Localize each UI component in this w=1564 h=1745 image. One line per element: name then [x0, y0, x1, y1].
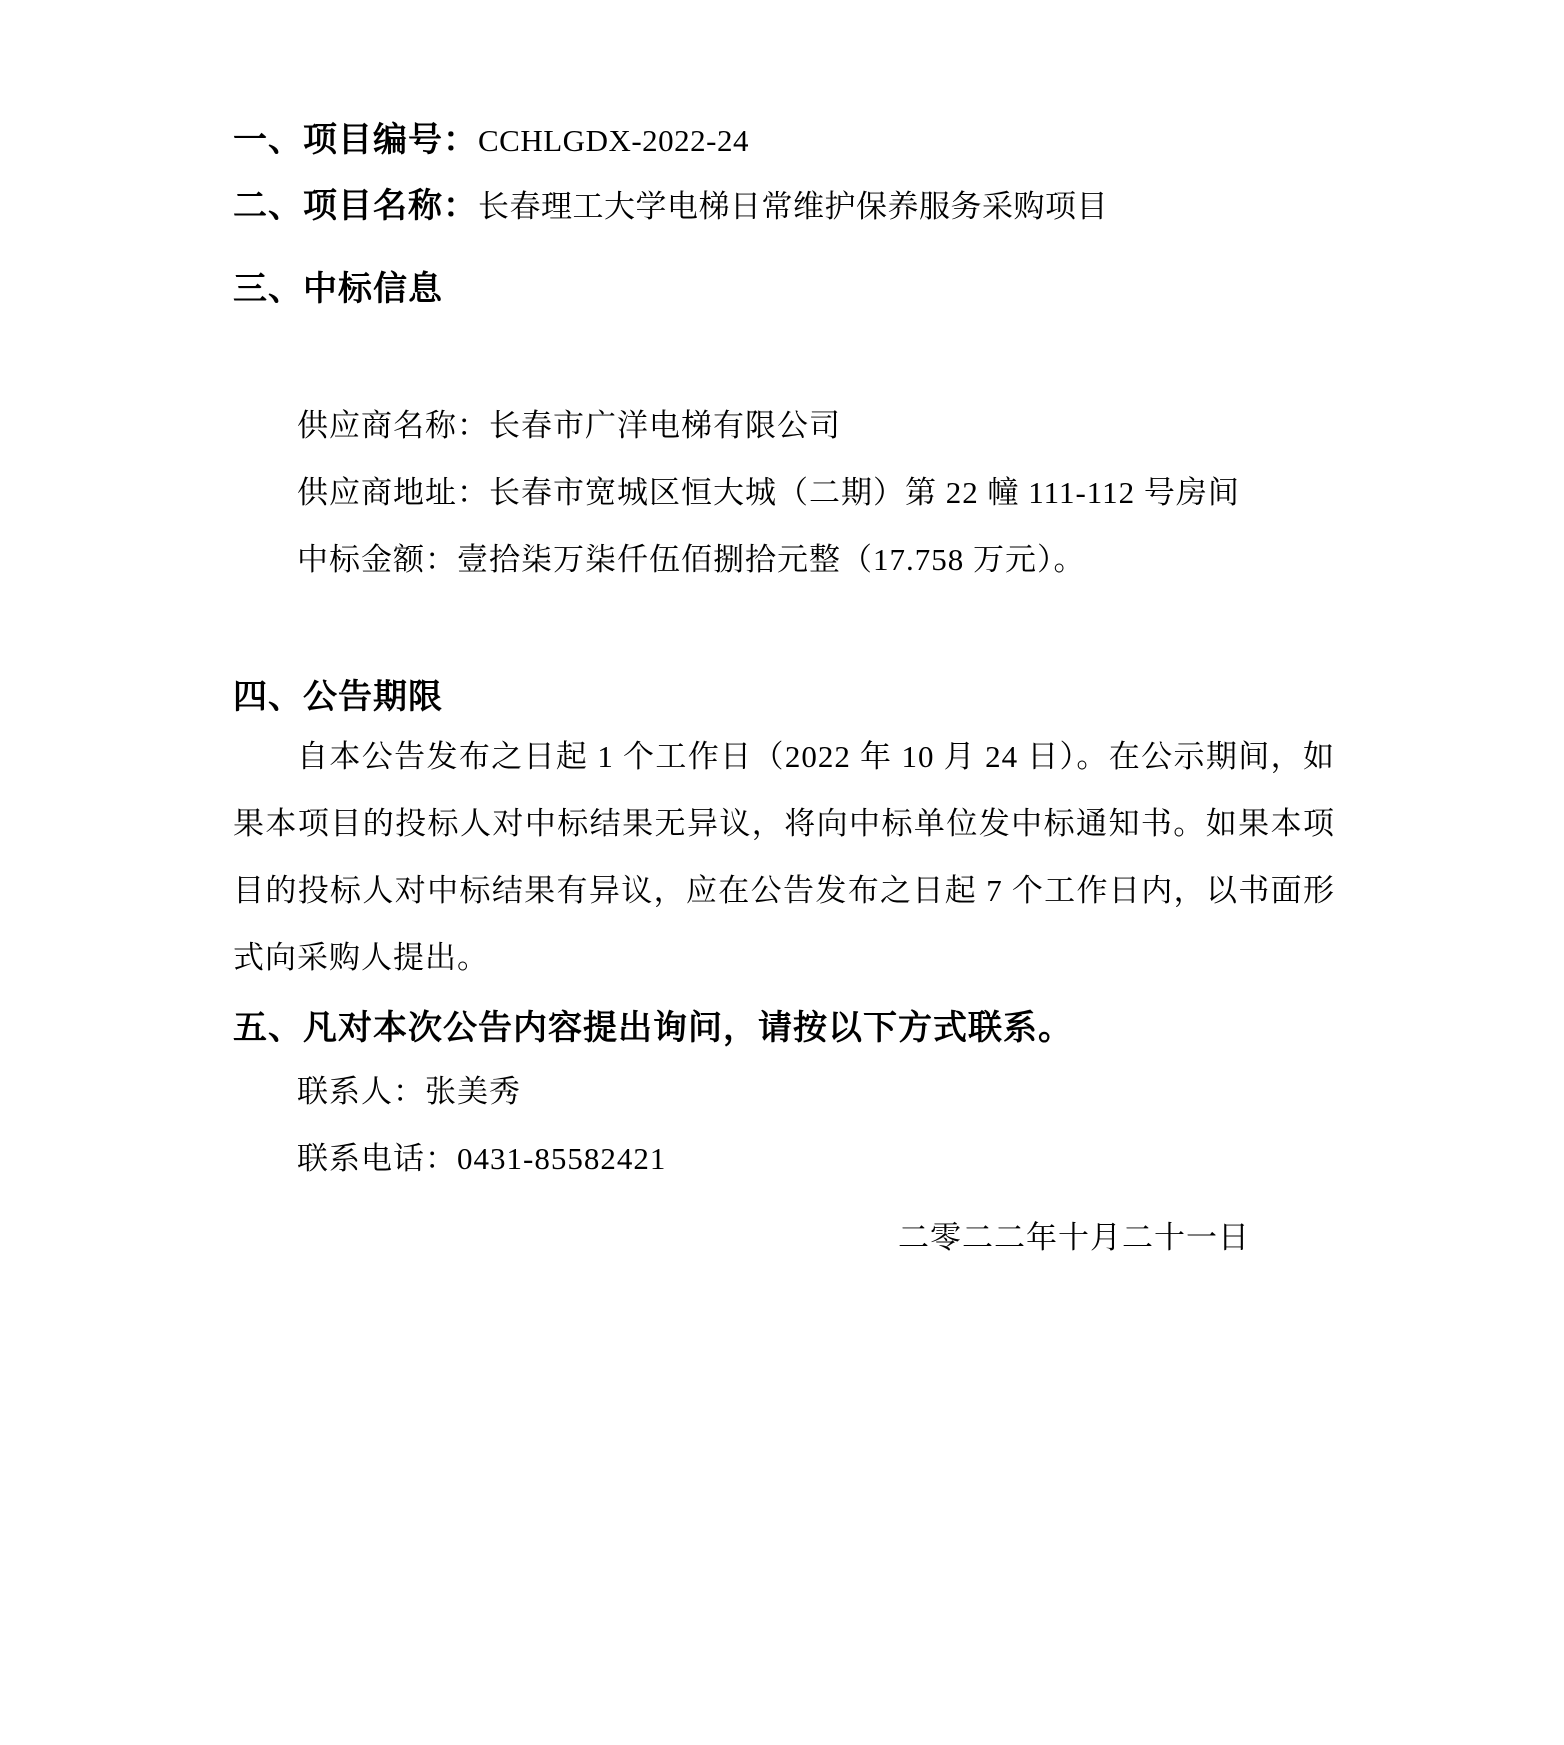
award-amount-line: 中标金额：壹拾柒万柒仟伍佰捌拾元整（17.758 万元）。: [297, 534, 1086, 579]
announcement-period-heading: 四、公告期限: [233, 669, 443, 718]
award-info-heading: 三、中标信息: [233, 261, 443, 310]
supplier-address-line: 供应商地址：长春市宽城区恒大城（二期）第 22 幢 111-112 号房间: [297, 467, 1240, 512]
supplier-name-line: 供应商名称：长春市广洋电梯有限公司: [297, 400, 841, 445]
sign-date: 二零二二年十月二十一日: [898, 1212, 1250, 1257]
sign-date-row: 二零二二年十月二十一日: [233, 1212, 1335, 1257]
project-number-value: CCHLGDX-2022-24: [478, 123, 749, 158]
announcement-period-paragraph: 自本公告发布之日起 1 个工作日（2022 年 10 月 24 日）。在公示期间…: [233, 723, 1335, 991]
contact-phone-line: 联系电话：0431-85582421: [297, 1133, 666, 1178]
project-name-value: 长春理工大学电梯日常维护保养服务采购项目: [478, 189, 1108, 224]
document-page: 一、项目编号：CCHLGDX-2022-24 二、项目名称：长春理工大学电梯日常…: [0, 0, 1564, 1745]
contact-person-line: 联系人：张美秀: [297, 1066, 521, 1111]
project-name-label: 二、项目名称：: [233, 187, 478, 225]
project-number-label: 一、项目编号：: [233, 121, 478, 159]
project-name-row: 二、项目名称：长春理工大学电梯日常维护保养服务采购项目: [233, 178, 1108, 227]
contact-heading: 五、凡对本次公告内容提出询问，请按以下方式联系。: [233, 1000, 1073, 1049]
project-number-row: 一、项目编号：CCHLGDX-2022-24: [233, 112, 749, 161]
